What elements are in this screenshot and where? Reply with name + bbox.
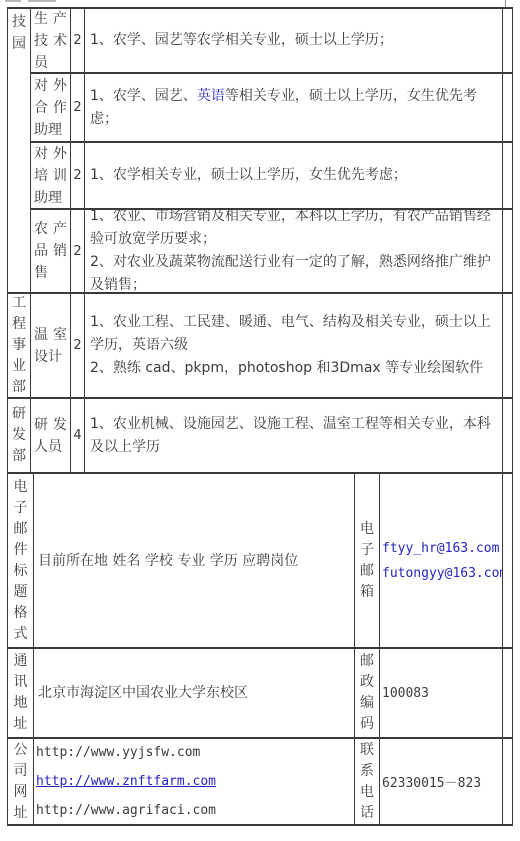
job-count-cell: 2 — [71, 294, 85, 399]
job-count: 2 — [73, 168, 81, 183]
mailing-address-label: 通讯地址 — [13, 651, 28, 735]
job-requirements: 1、农业机械、设施园艺、设施工程、温室工程等相关专业，本科及以上学历 — [85, 411, 502, 461]
phone-cell: 62330015－823 — [380, 739, 503, 826]
job-title-cell: 研发人员 — [31, 399, 71, 474]
job-count: 2 — [73, 338, 81, 353]
email-link[interactable]: futongyy@163.com — [382, 561, 503, 586]
job-requirements: 1、农学相关专业，硕士以上学历，女生优先考虑； — [85, 162, 411, 189]
table-edge-cell — [503, 739, 513, 826]
email-subject-format-label: 电子邮件标题格式 — [13, 477, 28, 645]
table-edge-cell — [503, 9, 513, 74]
job-count-cell: 2 — [71, 9, 85, 74]
job-requirements: 1、农学、园艺等农学相关专业，硕士以上学历； — [85, 27, 397, 54]
email-list: ftyy_hr@163.com futongyy@163.com — [380, 536, 503, 586]
table-edge-cell — [503, 474, 513, 649]
table-edge-cell — [503, 74, 513, 143]
requirement-text: 1、农学、园艺、 — [90, 88, 197, 104]
cropped-row-remnant — [28, 0, 56, 2]
table-edge-cell — [503, 143, 513, 210]
job-requirements-cell: 1、农业工程、工民建、暖通、电气、结构及相关专业，硕士以上学历，英语六级 2、熟… — [85, 294, 503, 399]
english-link[interactable]: 英语 — [197, 88, 225, 104]
job-title: 生产技术员 — [31, 9, 70, 74]
contact-info-grid: 电子邮件标题格式 目前所在地 姓名 学校 专业 学历 应聘岗位 电子邮箱 fty… — [8, 474, 513, 826]
job-requirements-cell: 1、农业、市场营销及相关专业，本科以上学历，有农产品销售经验可放宽学历要求； 2… — [85, 210, 503, 294]
job-count: 2 — [73, 100, 81, 115]
job-title-cell: 农产品销售 — [31, 210, 71, 294]
section-cell-keji-park: 技园 — [8, 9, 31, 294]
website-list: http://www.yyjsfw.com http://www.znftfar… — [34, 739, 216, 825]
job-title: 对外培训助理 — [31, 143, 70, 209]
website-text: http://www.yyjsfw.com — [36, 739, 216, 767]
email-subject-format-cell: 目前所在地 姓名 学校 专业 学历 应聘岗位 — [34, 474, 355, 649]
cropped-row-remnant — [5, 0, 21, 2]
section-label: 技园 — [12, 9, 27, 55]
section-cell-engineering: 工程事业部 — [8, 294, 31, 399]
job-title-cell: 对外合作助理 — [31, 74, 71, 143]
job-title: 温室设计 — [31, 324, 70, 368]
email-label-cell: 电子邮箱 — [355, 474, 380, 649]
job-title-cell: 对外培训助理 — [31, 143, 71, 210]
email-subject-format: 目前所在地 姓名 学校 专业 学历 应聘岗位 — [34, 550, 298, 572]
postal-code-cell: 100083 — [380, 649, 503, 739]
mailing-address: 北京市海淀区中国农业大学东校区 — [34, 682, 248, 704]
section-label: 工程事业部 — [12, 294, 27, 398]
website-text: http://www.agrifaci.com — [36, 796, 216, 825]
job-requirements: 1、农业工程、工民建、暖通、电气、结构及相关专业，硕士以上学历，英语六级 2、熟… — [85, 309, 502, 382]
job-title: 对外合作助理 — [31, 75, 70, 141]
postal-code-label-cell: 邮政编码 — [355, 649, 380, 739]
table-edge-cell — [503, 399, 513, 474]
mailing-address-label-cell: 通讯地址 — [8, 649, 34, 739]
table-edge-cell — [503, 649, 513, 739]
section-label: 研发部 — [12, 404, 27, 467]
cropped-border-remnant — [505, 0, 506, 7]
job-title-cell: 温室设计 — [31, 294, 71, 399]
email-subject-format-label-cell: 电子邮件标题格式 — [8, 474, 34, 649]
job-requirements-cell: 1、农学相关专业，硕士以上学历，女生优先考虑； — [85, 143, 503, 210]
website-link[interactable]: http://www.znftfarm.com — [36, 767, 216, 796]
recruitment-table-page: 技园 工程事业部 研发部 生产技术员 2 1、农学、园艺等农学相关专业，硕士以上… — [0, 0, 520, 841]
company-websites-cell: http://www.yyjsfw.com http://www.znftfar… — [34, 739, 355, 826]
company-website-label-cell: 公司网址 — [8, 739, 34, 826]
mailing-address-cell: 北京市海淀区中国农业大学东校区 — [34, 649, 355, 739]
table-edge-cell — [503, 210, 513, 294]
job-count: 2 — [73, 244, 81, 259]
table-edge-cell — [503, 294, 513, 399]
job-count: 2 — [73, 33, 81, 48]
job-title-cell: 生产技术员 — [31, 9, 71, 74]
job-requirements: 1、农学、园艺、英语等相关专业，硕士以上学历，女生优先考虑； — [85, 83, 502, 133]
job-requirements-cell: 1、农学、园艺、英语等相关专业，硕士以上学历，女生优先考虑； — [85, 74, 503, 143]
job-positions-grid: 技园 工程事业部 研发部 生产技术员 2 1、农学、园艺等农学相关专业，硕士以上… — [8, 9, 513, 474]
postal-code-label: 邮政编码 — [360, 651, 375, 735]
email-link[interactable]: ftyy_hr@163.com — [382, 536, 503, 561]
job-count-cell: 4 — [71, 399, 85, 474]
job-table: 技园 工程事业部 研发部 生产技术员 2 1、农学、园艺等农学相关专业，硕士以上… — [7, 7, 513, 826]
section-cell-rnd: 研发部 — [8, 399, 31, 474]
job-count: 4 — [73, 428, 81, 443]
email-addresses-cell: ftyy_hr@163.com futongyy@163.com — [380, 474, 503, 649]
job-title: 研发人员 — [31, 414, 70, 458]
phone-label: 联系电话 — [360, 740, 375, 824]
company-website-label: 公司网址 — [13, 740, 28, 824]
job-count-cell: 2 — [71, 143, 85, 210]
job-count-cell: 2 — [71, 210, 85, 294]
postal-code: 100083 — [380, 686, 429, 701]
job-title: 农产品销售 — [31, 218, 70, 284]
job-count-cell: 2 — [71, 74, 85, 143]
job-requirements-cell: 1、农业机械、设施园艺、设施工程、温室工程等相关专业，本科及以上学历 — [85, 399, 503, 474]
job-requirements-cell: 1、农学、园艺等农学相关专业，硕士以上学历； — [85, 9, 503, 74]
email-label: 电子邮箱 — [360, 519, 375, 603]
phone-number: 62330015－823 — [380, 772, 481, 791]
job-requirements: 1、农业、市场营销及相关专业，本科以上学历，有农产品销售经验可放宽学历要求； 2… — [85, 210, 502, 294]
phone-label-cell: 联系电话 — [355, 739, 380, 826]
